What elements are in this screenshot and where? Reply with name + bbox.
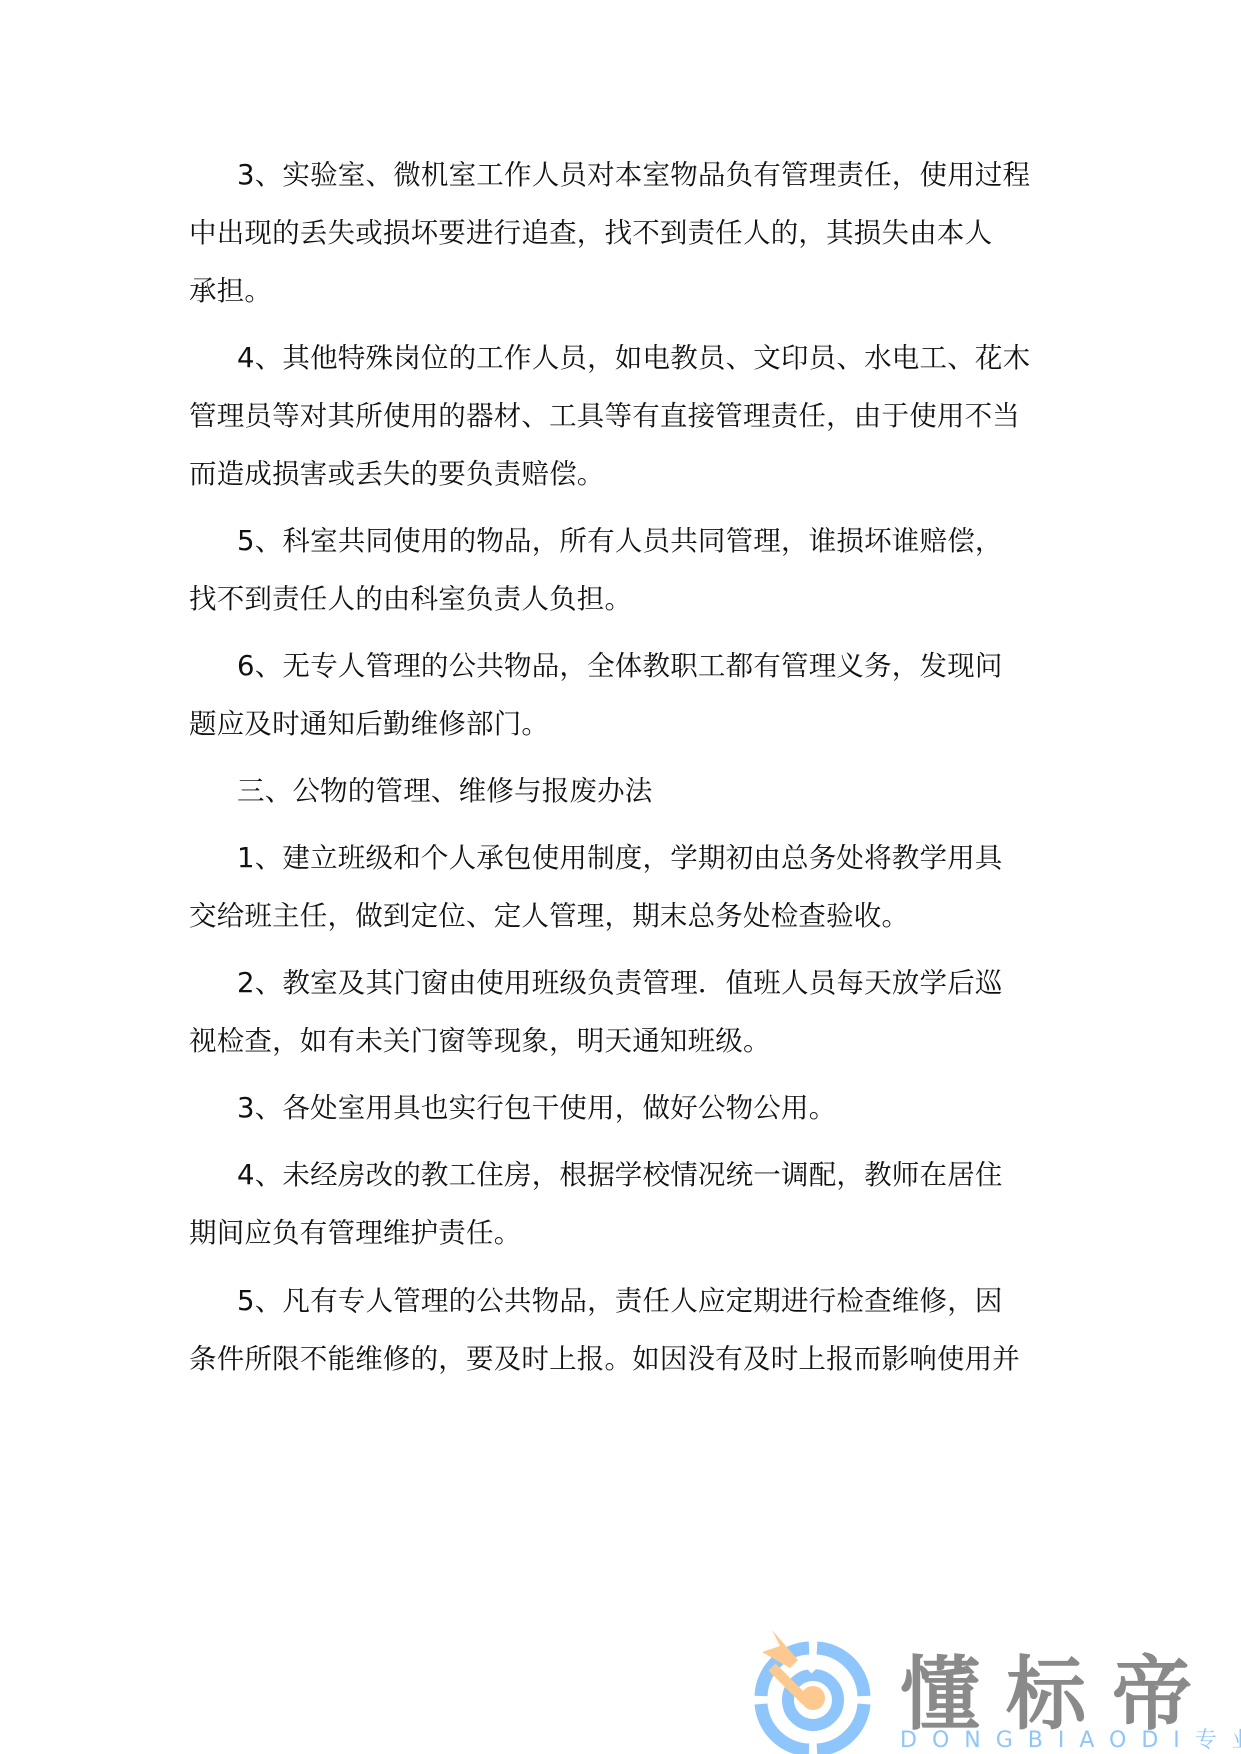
text-line: 3、实验室、微机室工作人员对本室物品负有管理责任，使用过程 <box>237 155 1107 195</box>
text-line: 4、未经房改的教工住房，根据学校情况统一调配，教师在居住 <box>237 1155 1107 1195</box>
text-line: 3、各处室用具也实行包干使用，做好公物公用。 <box>237 1088 1107 1128</box>
text-line: 题应及时通知后勤维修部门。 <box>189 704 1059 744</box>
text-line: 交给班主任，做到定位、定人管理，期末总务处检查验收。 <box>189 896 1059 936</box>
text-line: 5、科室共同使用的物品，所有人员共同管理，谁损坏谁赔偿， <box>237 521 1107 561</box>
text-line: 4、其他特殊岗位的工作人员，如电教员、文印员、水电工、花木 <box>237 338 1107 378</box>
watermark-subtitle: DONGBIAODI专业版 <box>900 1728 1241 1754</box>
text-line: 中出现的丢失或损坏要进行追查，找不到责任人的，其损失由本人 <box>189 213 1059 253</box>
watermark-logo: 懂标帝 DONGBIAODI专业版 <box>740 1600 1241 1754</box>
text-line: 期间应负有管理维护责任。 <box>189 1213 1059 1253</box>
text-line: 6、无专人管理的公共物品，全体教职工都有管理义务，发现问 <box>237 646 1107 686</box>
document-page: 3、实验室、微机室工作人员对本室物品负有管理责任，使用过程 中出现的丢失或损坏要… <box>0 0 1241 1754</box>
section-heading: 三、公物的管理、维修与报废办法 <box>237 771 1107 811</box>
text-line: 而造成损害或丢失的要负责赔偿。 <box>189 454 1059 494</box>
watermark-title: 懂标帝 <box>900 1650 1218 1740</box>
text-line: 承担。 <box>189 271 1059 311</box>
text-line: 条件所限不能维修的，要及时上报。如因没有及时上报而影响使用并 <box>189 1339 1059 1379</box>
text-line: 找不到责任人的由科室负责人负担。 <box>189 579 1059 619</box>
text-line: 5、凡有专人管理的公共物品，责任人应定期进行检查维修，因 <box>237 1281 1107 1321</box>
target-arrow-icon <box>740 1600 890 1754</box>
text-line: 管理员等对其所使用的器材、工具等有直接管理责任，由于使用不当 <box>189 396 1059 436</box>
text-line: 视检查，如有未关门窗等现象，明天通知班级。 <box>189 1021 1059 1061</box>
text-line: 2、教室及其门窗由使用班级负责管理．值班人员每天放学后巡 <box>237 963 1107 1003</box>
text-line: 1、建立班级和个人承包使用制度，学期初由总务处将教学用具 <box>237 838 1107 878</box>
